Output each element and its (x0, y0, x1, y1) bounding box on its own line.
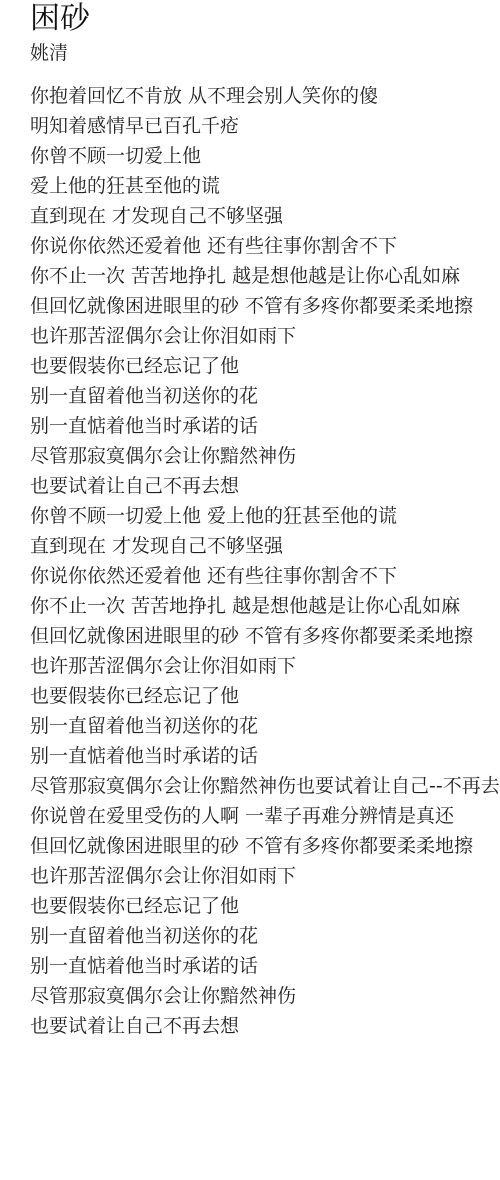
lyric-line: 你曾不顾一切爱上他 爱上他的狂甚至他的谎 (30, 501, 500, 531)
lyrics-list: 你抱着回忆不肯放 从不理会别人笑你的傻 明知着感情早已百孔千疮 你曾不顾一切爱上… (30, 81, 500, 1041)
lyric-line: 别一直留着他当初送你的花 (30, 711, 500, 741)
artist-name: 姚清 (30, 39, 500, 67)
lyric-line: 别一直惦着他当时承诺的话 (30, 411, 500, 441)
lyric-line: 也要试着让自己不再去想 (30, 471, 500, 501)
lyric-line: 但回忆就像困进眼里的砂 不管有多疼你都要柔柔地擦 (30, 621, 500, 651)
lyric-line: 尽管那寂寞偶尔会让你黯然神伤 (30, 981, 500, 1011)
lyric-line: 也许那苦涩偶尔会让你泪如雨下 (30, 321, 500, 351)
lyric-line: 别一直留着他当初送你的花 (30, 921, 500, 951)
lyric-line: 直到现在 才发现自己不够坚强 (30, 531, 500, 561)
lyric-line: 直到现在 才发现自己不够坚强 (30, 201, 500, 231)
lyric-line: 但回忆就像困进眼里的砂 不管有多疼你都要柔柔地擦 (30, 831, 500, 861)
lyric-line: 也要假装你已经忘记了他 (30, 351, 500, 381)
lyric-line: 别一直惦着他当时承诺的话 (30, 741, 500, 771)
lyric-line: 你抱着回忆不肯放 从不理会别人笑你的傻 (30, 81, 500, 111)
lyrics-page: 困砂 姚清 你抱着回忆不肯放 从不理会别人笑你的傻 明知着感情早已百孔千疮 你曾… (30, 0, 500, 1057)
lyric-line: 也要假装你已经忘记了他 (30, 891, 500, 921)
lyric-line: 爱上他的狂甚至他的谎 (30, 171, 500, 201)
lyric-line: 也许那苦涩偶尔会让你泪如雨下 (30, 861, 500, 891)
lyric-line: 你曾不顾一切爱上他 (30, 141, 500, 171)
lyric-line: 也要假装你已经忘记了他 (30, 681, 500, 711)
lyric-line: 别一直留着他当初送你的花 (30, 381, 500, 411)
lyric-line: 你不止一次 苦苦地挣扎 越是想他越是让你心乱如麻 (30, 591, 500, 621)
song-title: 困砂 (30, 0, 500, 37)
lyric-line: 你说你依然还爱着他 还有些往事你割舍不下 (30, 231, 500, 261)
lyric-line: 别一直惦着他当时承诺的话 (30, 951, 500, 981)
lyric-line: 尽管那寂寞偶尔会让你黯然神伤 (30, 441, 500, 471)
lyric-line: 也许那苦涩偶尔会让你泪如雨下 (30, 651, 500, 681)
lyric-line: 你不止一次 苦苦地挣扎 越是想他越是让你心乱如麻 (30, 261, 500, 291)
lyric-line: 尽管那寂寞偶尔会让你黯然神伤也要试着让自己--不再去想 (30, 771, 500, 801)
lyric-line: 但回忆就像困进眼里的砂 不管有多疼你都要柔柔地擦 (30, 291, 500, 321)
lyric-line: 明知着感情早已百孔千疮 (30, 111, 500, 141)
lyric-line: 你说曾在爱里受伤的人啊 一辈子再难分辨情是真还 (30, 801, 500, 831)
lyric-line: 你说你依然还爱着他 还有些往事你割舍不下 (30, 561, 500, 591)
lyric-line: 也要试着让自己不再去想 (30, 1011, 500, 1041)
